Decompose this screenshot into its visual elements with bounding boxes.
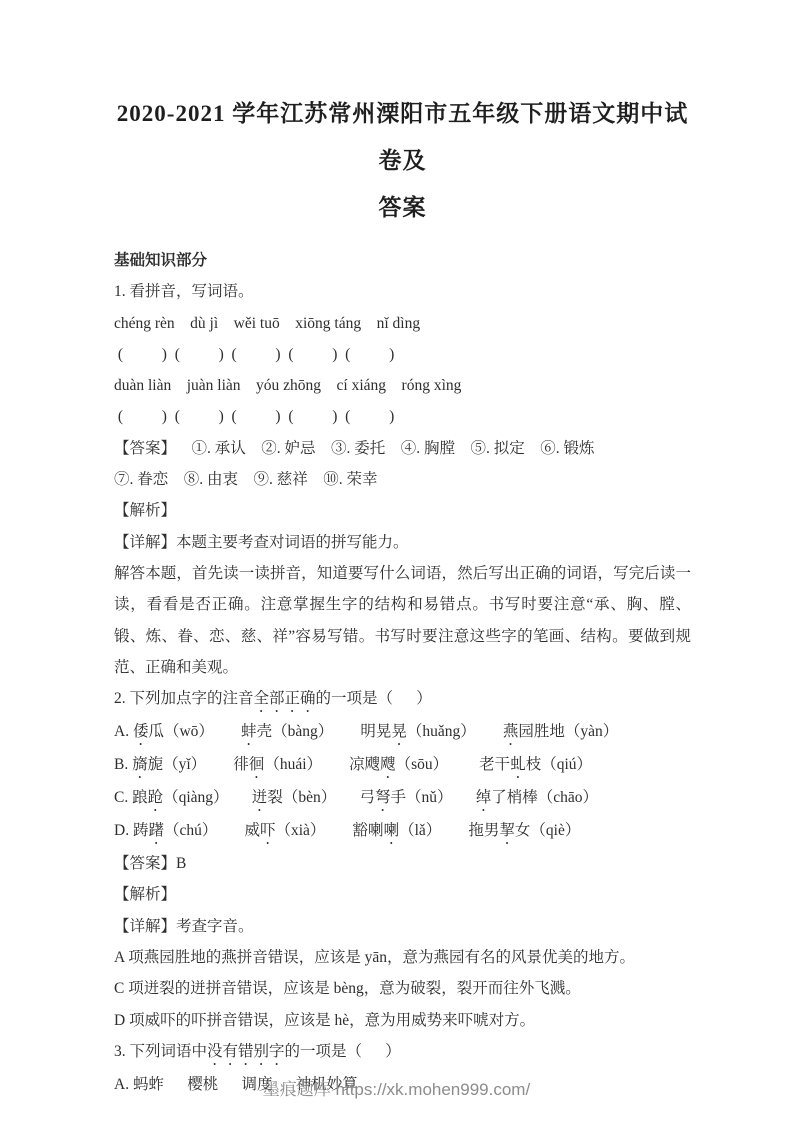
q2-option-a: A. 倭瓜（wō） 蚌壳（bàng） 明晃晃（huǎng） 燕园胜地（yàn）	[114, 716, 691, 749]
q2-option-d: D. 踌躇（chú） 威吓（xià） 豁喇喇（lǎ） 拖男挈女（qiè）	[114, 815, 691, 848]
q3-stem: 3. 下列词语中没有错别字的一项是（ ）	[114, 1036, 691, 1069]
footer: 墨痕题库 https://xk.mohen999.com/	[0, 1075, 793, 1100]
q1-analysis-label: 【解析】	[114, 495, 691, 526]
q1-pinyin-row-2: duàn liàn juàn liàn yóu zhōng cí xiáng r…	[114, 370, 691, 401]
footer-site-name: 墨痕题库	[263, 1080, 331, 1099]
q2-detail: 【详解】考查字音。	[114, 911, 691, 942]
q2-answer: 【答案】B	[114, 848, 691, 879]
q1-answer-row-2: ⑦. 眷恋 ⑧. 由衷 ⑨. 慈祥 ⑩. 荣幸	[114, 464, 691, 495]
q1-blank-row-2: ( ) ( ) ( ) ( ) ( )	[114, 401, 691, 432]
q2-explain-c: C 项迸裂的迸拼音错误，应该是 bèng，意为破裂，裂开而往外飞溅。	[114, 973, 691, 1004]
q1-blank-row-1: ( ) ( ) ( ) ( ) ( )	[114, 339, 691, 370]
q2-option-b: B. 旖旎（yǐ） 徘徊（huái） 凉飕飕（sōu） 老干虬枝（qiú）	[114, 749, 691, 782]
footer-url[interactable]: https://xk.mohen999.com/	[336, 1080, 531, 1099]
q2-stem: 2. 下列加点字的注音全部正确的一项是（ ）	[114, 683, 691, 716]
q2-explain-d: D 项威吓的吓拼音错误，应该是 hè，意为用威势来吓唬对方。	[114, 1005, 691, 1036]
q2-analysis-label: 【解析】	[114, 879, 691, 910]
q1-stem: 1. 看拼音，写词语。	[114, 276, 691, 307]
section-header: 基础知识部分	[114, 245, 691, 276]
q1-explanation: 解答本题，首先读一读拼音，知道要写什么词语，然后写出正确的词语，写完后读一读，看…	[114, 558, 691, 683]
page-title-line-1: 2020-2021 学年江苏常州溧阳市五年级下册语文期中试卷及	[117, 101, 688, 173]
page-title: 2020-2021 学年江苏常州溧阳市五年级下册语文期中试卷及 答案	[114, 90, 691, 231]
q1-detail: 【详解】本题主要考查对词语的拼写能力。	[114, 527, 691, 558]
q1-answer-row-1: 【答案】 ①. 承认 ②. 妒忌 ③. 委托 ④. 胸膛 ⑤. 拟定 ⑥. 锻炼	[114, 433, 691, 464]
q2-option-c: C. 踉跄（qiàng） 迸裂（bèn） 弓弩手（nǔ） 绰了梢棒（chāo）	[114, 782, 691, 815]
page-title-line-2: 答案	[379, 195, 427, 220]
q1-pinyin-row-1: chéng rèn dù jì wěi tuō xiōng táng nǐ dì…	[114, 308, 691, 339]
q2-explain-a: A 项燕园胜地的燕拼音错误，应该是 yān，意为燕园有名的风景优美的地方。	[114, 942, 691, 973]
exam-document-page: 2020-2021 学年江苏常州溧阳市五年级下册语文期中试卷及 答案 基础知识部…	[0, 0, 793, 1122]
